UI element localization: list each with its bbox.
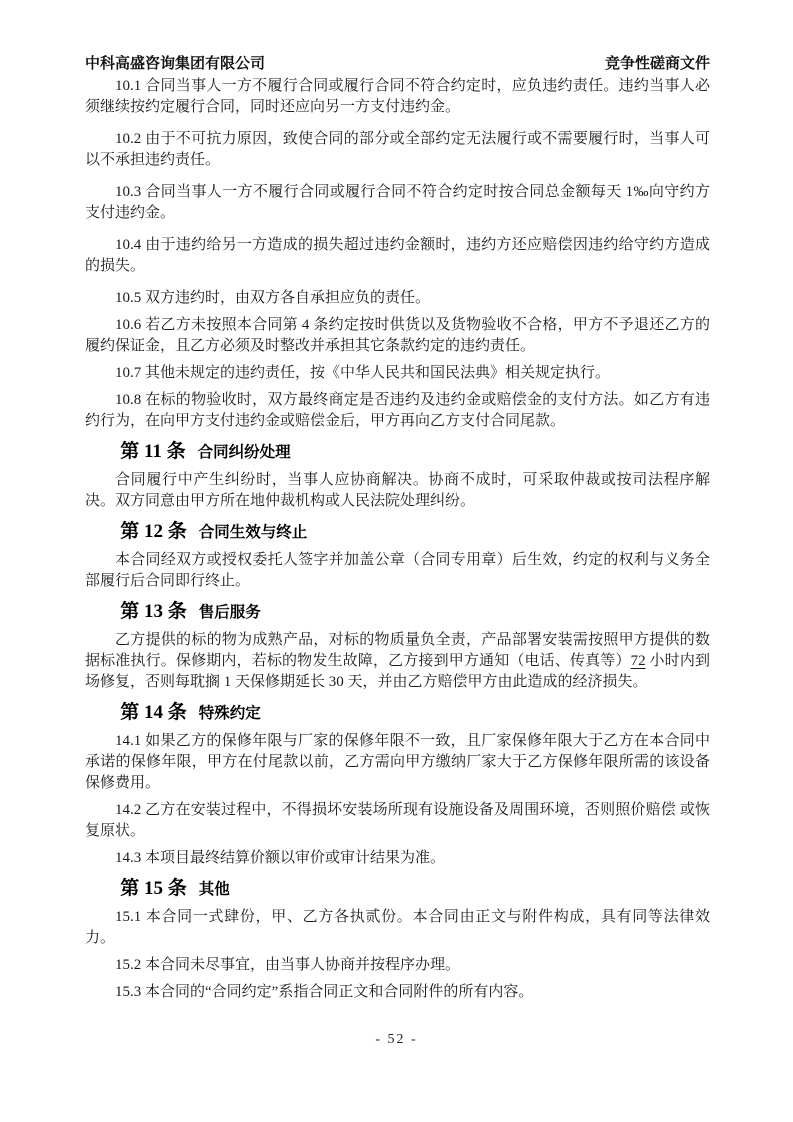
section-title: 特殊约定 <box>199 705 261 722</box>
contract-body: 10.1 合同当事人一方不履行合同或履行合同不符合约定时，应负违约责任。违约当事… <box>85 76 710 1009</box>
section-heading-12: 第 12 条 合同生效与终止 <box>85 518 710 546</box>
section-number: 第 11 条 <box>120 441 185 462</box>
clause-15-3: 15.3 本合同的“合同约定”系指合同正文和合同附件的所有内容。 <box>85 982 710 1003</box>
section-heading-11: 第 11 条 合同纠纷处理 <box>85 438 710 466</box>
clause-10-1: 10.1 合同当事人一方不履行合同或履行合同不符合约定时，应负违约责任。违约当事… <box>85 76 710 118</box>
section-heading-13: 第 13 条 售后服务 <box>85 598 710 626</box>
section-title: 其他 <box>199 881 230 898</box>
page-number: - 52 - <box>0 1032 793 1048</box>
clause-11-body: 合同履行中产生纠纷时，当事人应协商解决。协商不成时，可采取仲裁或按司法程序解决。… <box>85 470 710 512</box>
document-page: 中科高盛咨询集团有限公司 竞争性磋商文件 10.1 合同当事人一方不履行合同或履… <box>0 0 793 1122</box>
section-number: 第 12 条 <box>120 521 187 542</box>
clause-13-body: 乙方提供的标的物为成熟产品，对标的物质量负全责，产品部署安装需按照甲方提供的数据… <box>85 630 710 693</box>
clause-13-text-pre: 乙方提供的标的物为成熟产品，对标的物质量负全责，产品部署安装需按照甲方提供的数据… <box>85 632 710 669</box>
clause-13-underlined-value: 72 <box>631 653 646 669</box>
page-header: 中科高盛咨询集团有限公司 竞争性磋商文件 <box>85 52 710 73</box>
clause-12-body: 本合同经双方或授权委托人签字并加盖公章（合同专用章）后生效，约定的权利与义务全部… <box>85 550 710 592</box>
clause-14-2: 14.2 乙方在安装过程中，不得损坏安装场所现有设施设备及周围环境，否则照价赔偿… <box>85 800 710 842</box>
clause-15-2: 15.2 本合同未尽事宜，由当事人协商并按程序办理。 <box>85 955 710 976</box>
clause-10-6: 10.6 若乙方未按照本合同第 4 条约定按时供货以及货物验收不合格，甲方不予退… <box>85 315 710 357</box>
clause-10-5: 10.5 双方违约时，由双方各自承担应负的责任。 <box>85 288 710 309</box>
section-title: 合同生效与终止 <box>199 524 308 541</box>
clause-14-1: 14.1 如果乙方的保修年限与厂家的保修年限不一致，且厂家保修年限大于乙方在本合… <box>85 731 710 794</box>
section-heading-15: 第 15 条 其他 <box>85 875 710 903</box>
section-heading-14: 第 14 条 特殊约定 <box>85 699 710 727</box>
header-company-name: 中科高盛咨询集团有限公司 <box>85 52 265 73</box>
clause-14-3: 14.3 本项目最终结算价额以审价或审计结果为准。 <box>85 848 710 869</box>
clause-10-8: 10.8 在标的物验收时，双方最终商定是否违约及违约金或赔偿金的支付方法。如乙方… <box>85 390 710 432</box>
clause-15-1: 15.1 本合同一式肆份，甲、乙方各执贰份。本合同由正文与附件构成，具有同等法律… <box>85 907 710 949</box>
header-document-type: 竞争性磋商文件 <box>605 52 710 73</box>
section-number: 第 13 条 <box>120 601 187 622</box>
section-number: 第 15 条 <box>120 878 187 899</box>
section-title: 售后服务 <box>199 604 261 621</box>
section-title: 合同纠纷处理 <box>198 444 291 461</box>
clause-10-4: 10.4 由于违约给另一方造成的损失超过违约金额时，违约方还应赔偿因违约给守约方… <box>85 235 710 277</box>
clause-10-7: 10.7 其他未规定的违约责任，按《中华人民共和国民法典》相关规定执行。 <box>85 363 710 384</box>
clause-10-3: 10.3 合同当事人一方不履行合同或履行合同不符合约定时按合同总金额每天 1‰向… <box>85 182 710 224</box>
clause-10-2: 10.2 由于不可抗力原因，致使合同的部分或全部约定无法履行或不需要履行时，当事… <box>85 129 710 171</box>
section-number: 第 14 条 <box>120 702 187 723</box>
